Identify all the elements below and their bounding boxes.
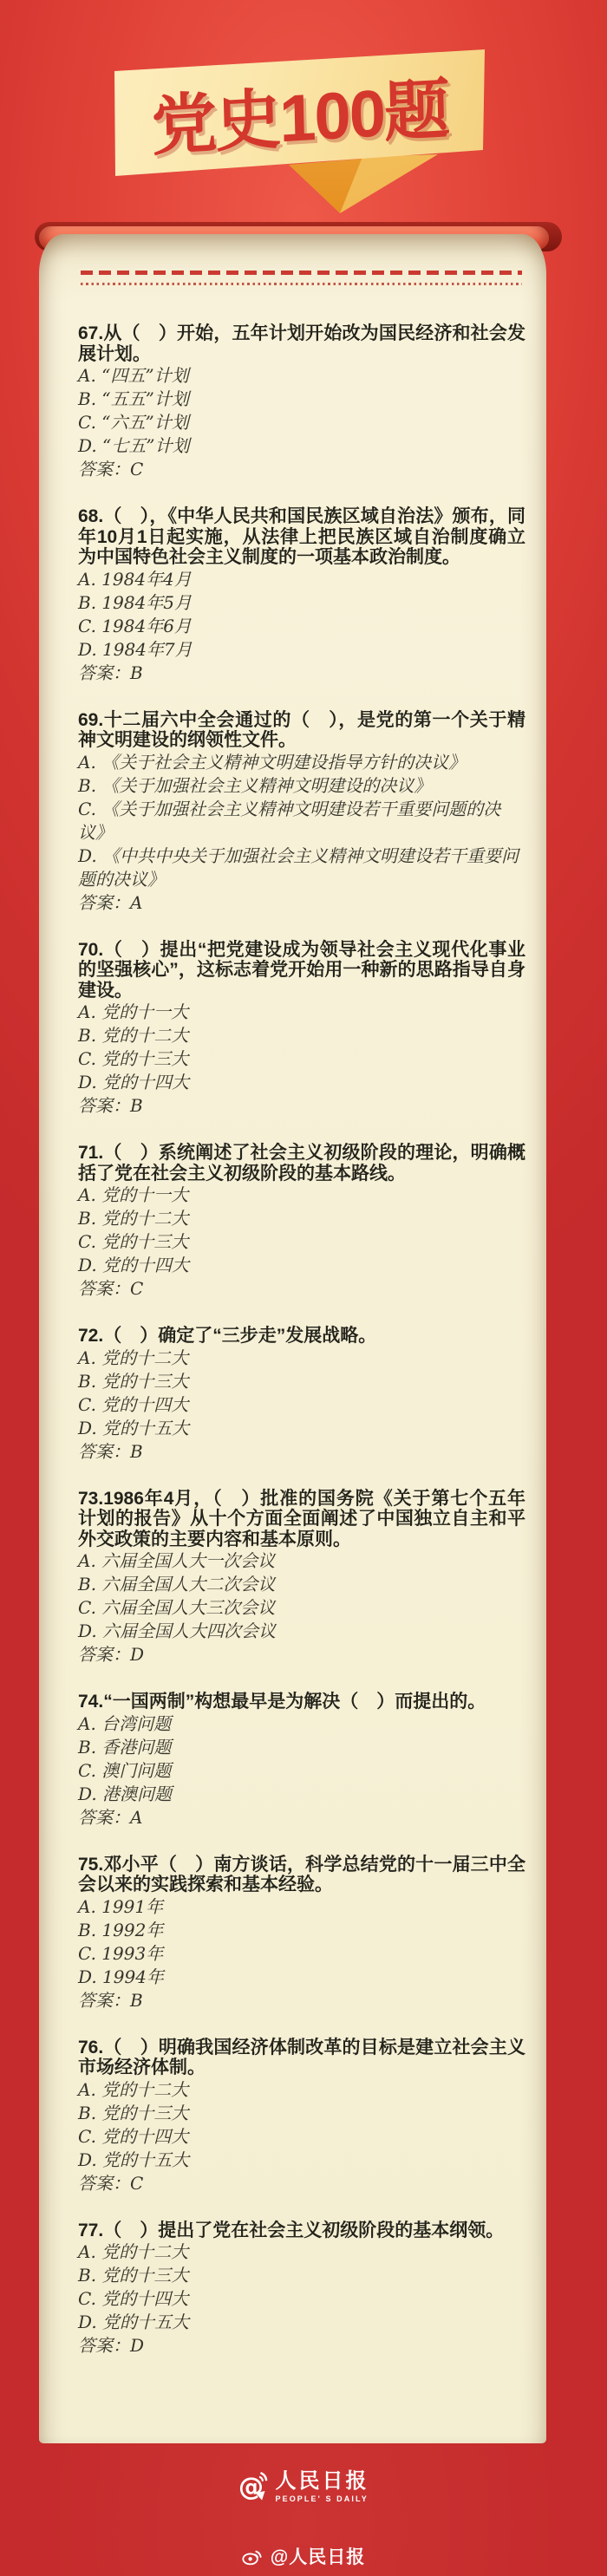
question: 71.（ ）系统阐述了社会主义初级阶段的理论，明确概括了党在社会主义初级阶段的基… [78, 1143, 525, 1301]
question-stem: 74.“一国两制”构想最早是为解决（ ）而提出的。 [78, 1692, 525, 1712]
question-stem: 67.从（ ）开始，五年计划开始改为国民经济和社会发展计划。 [78, 323, 525, 364]
weibo-handle: @人民日报 [271, 2543, 365, 2569]
question-option: D. 1994年 [78, 1966, 525, 1989]
weibo-credit: @人民日报 [0, 2543, 607, 2569]
question-stem: 69.十二届六中全会通过的（ ），是党的第一个关于精神文明建设的纲领性文件。 [78, 710, 525, 751]
poster-background: 党史100题 67.从（ ）开始，五年计划开始改为国民经济和社会发展计划。 A.… [0, 0, 607, 2576]
question-option: B. 党的十三大 [78, 2264, 525, 2287]
question: 73.1986年4月，（ ）批准的国务院《关于第七个五年计划的报告》从十个方面全… [78, 1489, 525, 1667]
question-stem: 72.（ ）确定了“三步走”发展战略。 [78, 1326, 525, 1347]
question-option: D. 《中共中央关于加强社会主义精神文明建设若干重要问题的决议》 [78, 845, 525, 891]
question-stem: 70.（ ）提出“把党建设成为领导社会主义现代化事业的坚强核心”，这标志着党开始… [78, 940, 525, 1001]
question-option: B. 1992年 [78, 1919, 525, 1942]
question-answer: 答案：B [78, 662, 525, 685]
question-options: A. 党的十一大B. 党的十二大C. 党的十三大D. 党的十四大 [78, 1184, 525, 1277]
question-option: C. 党的十四大 [78, 2287, 525, 2311]
question-option: A. 党的十一大 [78, 1184, 525, 1207]
question: 67.从（ ）开始，五年计划开始改为国民经济和社会发展计划。 A. “四五”计划… [78, 323, 525, 481]
question-option: D. 党的十四大 [78, 1071, 525, 1094]
question-answer: 答案：B [78, 1989, 525, 2012]
question-option: C. 1993年 [78, 1942, 525, 1966]
question-option: D. 党的十五大 [78, 2149, 525, 2172]
questions-list: 67.从（ ）开始，五年计划开始改为国民经济和社会发展计划。 A. “四五”计划… [39, 234, 546, 2383]
peoples-daily-logo: @ 人民日报 PEOPLE' S DAILY [0, 2469, 607, 2504]
question-option: A. 党的十一大 [78, 1001, 525, 1024]
question: 72.（ ）确定了“三步走”发展战略。 A. 党的十二大B. 党的十三大C. 党… [78, 1326, 525, 1464]
question-option: B. “五五”计划 [78, 388, 525, 411]
question: 68.（ ），《中华人民共和国民族区域自治法》颁布，同年10月1日起实施，从法律… [78, 506, 525, 685]
question-answer: 答案：A [78, 1806, 525, 1829]
question-options: A. 《关于社会主义精神文明建设指导方针的决议》B. 《关于加强社会主义精神文明… [78, 751, 525, 891]
question-option: B. 党的十二大 [78, 1207, 525, 1230]
question-option: B. 香港问题 [78, 1736, 525, 1759]
question: 69.十二届六中全会通过的（ ），是党的第一个关于精神文明建设的纲领性文件。 A… [78, 710, 525, 915]
question-option: A. “四五”计划 [78, 364, 525, 388]
question-option: A. 《关于社会主义精神文明建设指导方针的决议》 [78, 751, 525, 774]
question-option: C. 六届全国人大三次会议 [78, 1596, 525, 1620]
question-answer: 答案：C [78, 458, 525, 481]
question-answer: 答案：A [78, 891, 525, 915]
question-option: D. 党的十五大 [78, 1417, 525, 1440]
question-option: A. 1991年 [78, 1895, 525, 1919]
question-sheet: 67.从（ ）开始，五年计划开始改为国民经济和社会发展计划。 A. “四五”计划… [39, 234, 546, 2443]
question-option: D. 六届全国人大四次会议 [78, 1620, 525, 1643]
question-stem: 68.（ ），《中华人民共和国民族区域自治法》颁布，同年10月1日起实施，从法律… [78, 506, 525, 568]
question-option: B. 《关于加强社会主义精神文明建设的决议》 [78, 774, 525, 798]
question-stem: 71.（ ）系统阐述了社会主义初级阶段的理论，明确概括了党在社会主义初级阶段的基… [78, 1143, 525, 1184]
question-option: A. 党的十二大 [78, 2078, 525, 2102]
question-options: A. 党的十一大B. 党的十二大C. 党的十三大D. 党的十四大 [78, 1001, 525, 1094]
question-option: D. 1984年7月 [78, 638, 525, 662]
question-option: C. “六五”计划 [78, 411, 525, 434]
question-option: C. 党的十三大 [78, 1047, 525, 1071]
question-option: C. 党的十三大 [78, 1230, 525, 1254]
question: 77.（ ）提出了党在社会主义初级阶段的基本纲领。 A. 党的十二大B. 党的十… [78, 2221, 525, 2358]
question-option: A. 六届全国人大一次会议 [78, 1549, 525, 1573]
question-option: C. 党的十四大 [78, 2125, 525, 2149]
question-option: B. 1984年5月 [78, 591, 525, 615]
question: 75.邓小平（ ）南方谈话，科学总结党的十一届三中全会以来的实践探索和基本经验。… [78, 1855, 525, 2012]
question-option: C. 党的十四大 [78, 1393, 525, 1417]
question-stem: 73.1986年4月，（ ）批准的国务院《关于第七个五年计划的报告》从十个方面全… [78, 1489, 525, 1550]
question-answer: 答案：C [78, 2172, 525, 2195]
title-banner: 党史100题 [97, 43, 487, 221]
question-answer: 答案：D [78, 2334, 525, 2358]
question-answer: 答案：B [78, 1094, 525, 1118]
question-option: B. 党的十三大 [78, 2102, 525, 2125]
question-option: D. 党的十五大 [78, 2311, 525, 2334]
question-option: C. 《关于加强社会主义精神文明建设若干重要问题的决议》 [78, 798, 525, 845]
question-answer: 答案：C [78, 1277, 525, 1301]
question-option: C. 1984年6月 [78, 615, 525, 638]
question-stem: 75.邓小平（ ）南方谈话，科学总结党的十一届三中全会以来的实践探索和基本经验。 [78, 1855, 525, 1895]
question-option: A. 党的十二大 [78, 2240, 525, 2264]
logo-english: PEOPLE' S DAILY [276, 2495, 369, 2503]
question-option: D. 党的十四大 [78, 1254, 525, 1277]
question: 70.（ ）提出“把党建设成为领导社会主义现代化事业的坚强核心”，这标志着党开始… [78, 940, 525, 1118]
question-options: A. 1991年B. 1992年C. 1993年D. 1994年 [78, 1895, 525, 1989]
question-option: B. 党的十二大 [78, 1024, 525, 1047]
question-answer: 答案：D [78, 1643, 525, 1666]
question-answer: 答案：B [78, 1440, 525, 1464]
question-option: C. 澳门问题 [78, 1759, 525, 1783]
weibo-icon [242, 2547, 264, 2566]
question-options: A. 党的十二大B. 党的十三大C. 党的十四大D. 党的十五大 [78, 2078, 525, 2172]
question-option: A. 台湾问题 [78, 1712, 525, 1736]
question: 76.（ ）明确我国经济体制改革的目标是建立社会主义市场经济体制。 A. 党的十… [78, 2038, 525, 2195]
question-stem: 76.（ ）明确我国经济体制改革的目标是建立社会主义市场经济体制。 [78, 2038, 525, 2078]
question-option: A. 党的十二大 [78, 1347, 525, 1370]
question-option: B. 六届全国人大二次会议 [78, 1573, 525, 1596]
question-option: B. 党的十三大 [78, 1370, 525, 1393]
question-options: A. 六届全国人大一次会议B. 六届全国人大二次会议C. 六届全国人大三次会议D… [78, 1549, 525, 1643]
logo-text: 人民日报 PEOPLE' S DAILY [276, 2471, 369, 2503]
question-option: D. 港澳问题 [78, 1783, 525, 1806]
question-options: A. “四五”计划B. “五五”计划C. “六五”计划D. “七五”计划 [78, 364, 525, 458]
logo-chinese: 人民日报 [276, 2471, 369, 2492]
page-title: 党史100题 [114, 37, 486, 186]
question-option: A. 1984年4月 [78, 568, 525, 591]
question: 74.“一国两制”构想最早是为解决（ ）而提出的。 A. 台湾问题B. 香港问题… [78, 1692, 525, 1829]
question-stem: 77.（ ）提出了党在社会主义初级阶段的基本纲领。 [78, 2221, 525, 2241]
question-option: D. “七五”计划 [78, 434, 525, 458]
question-options: A. 党的十二大B. 党的十三大C. 党的十四大D. 党的十五大 [78, 1347, 525, 1440]
at-megaphone-icon: @ [238, 2469, 270, 2504]
question-options: A. 1984年4月B. 1984年5月C. 1984年6月D. 1984年7月 [78, 568, 525, 662]
question-options: A. 党的十二大B. 党的十三大C. 党的十四大D. 党的十五大 [78, 2240, 525, 2334]
question-options: A. 台湾问题B. 香港问题C. 澳门问题D. 港澳问题 [78, 1712, 525, 1806]
